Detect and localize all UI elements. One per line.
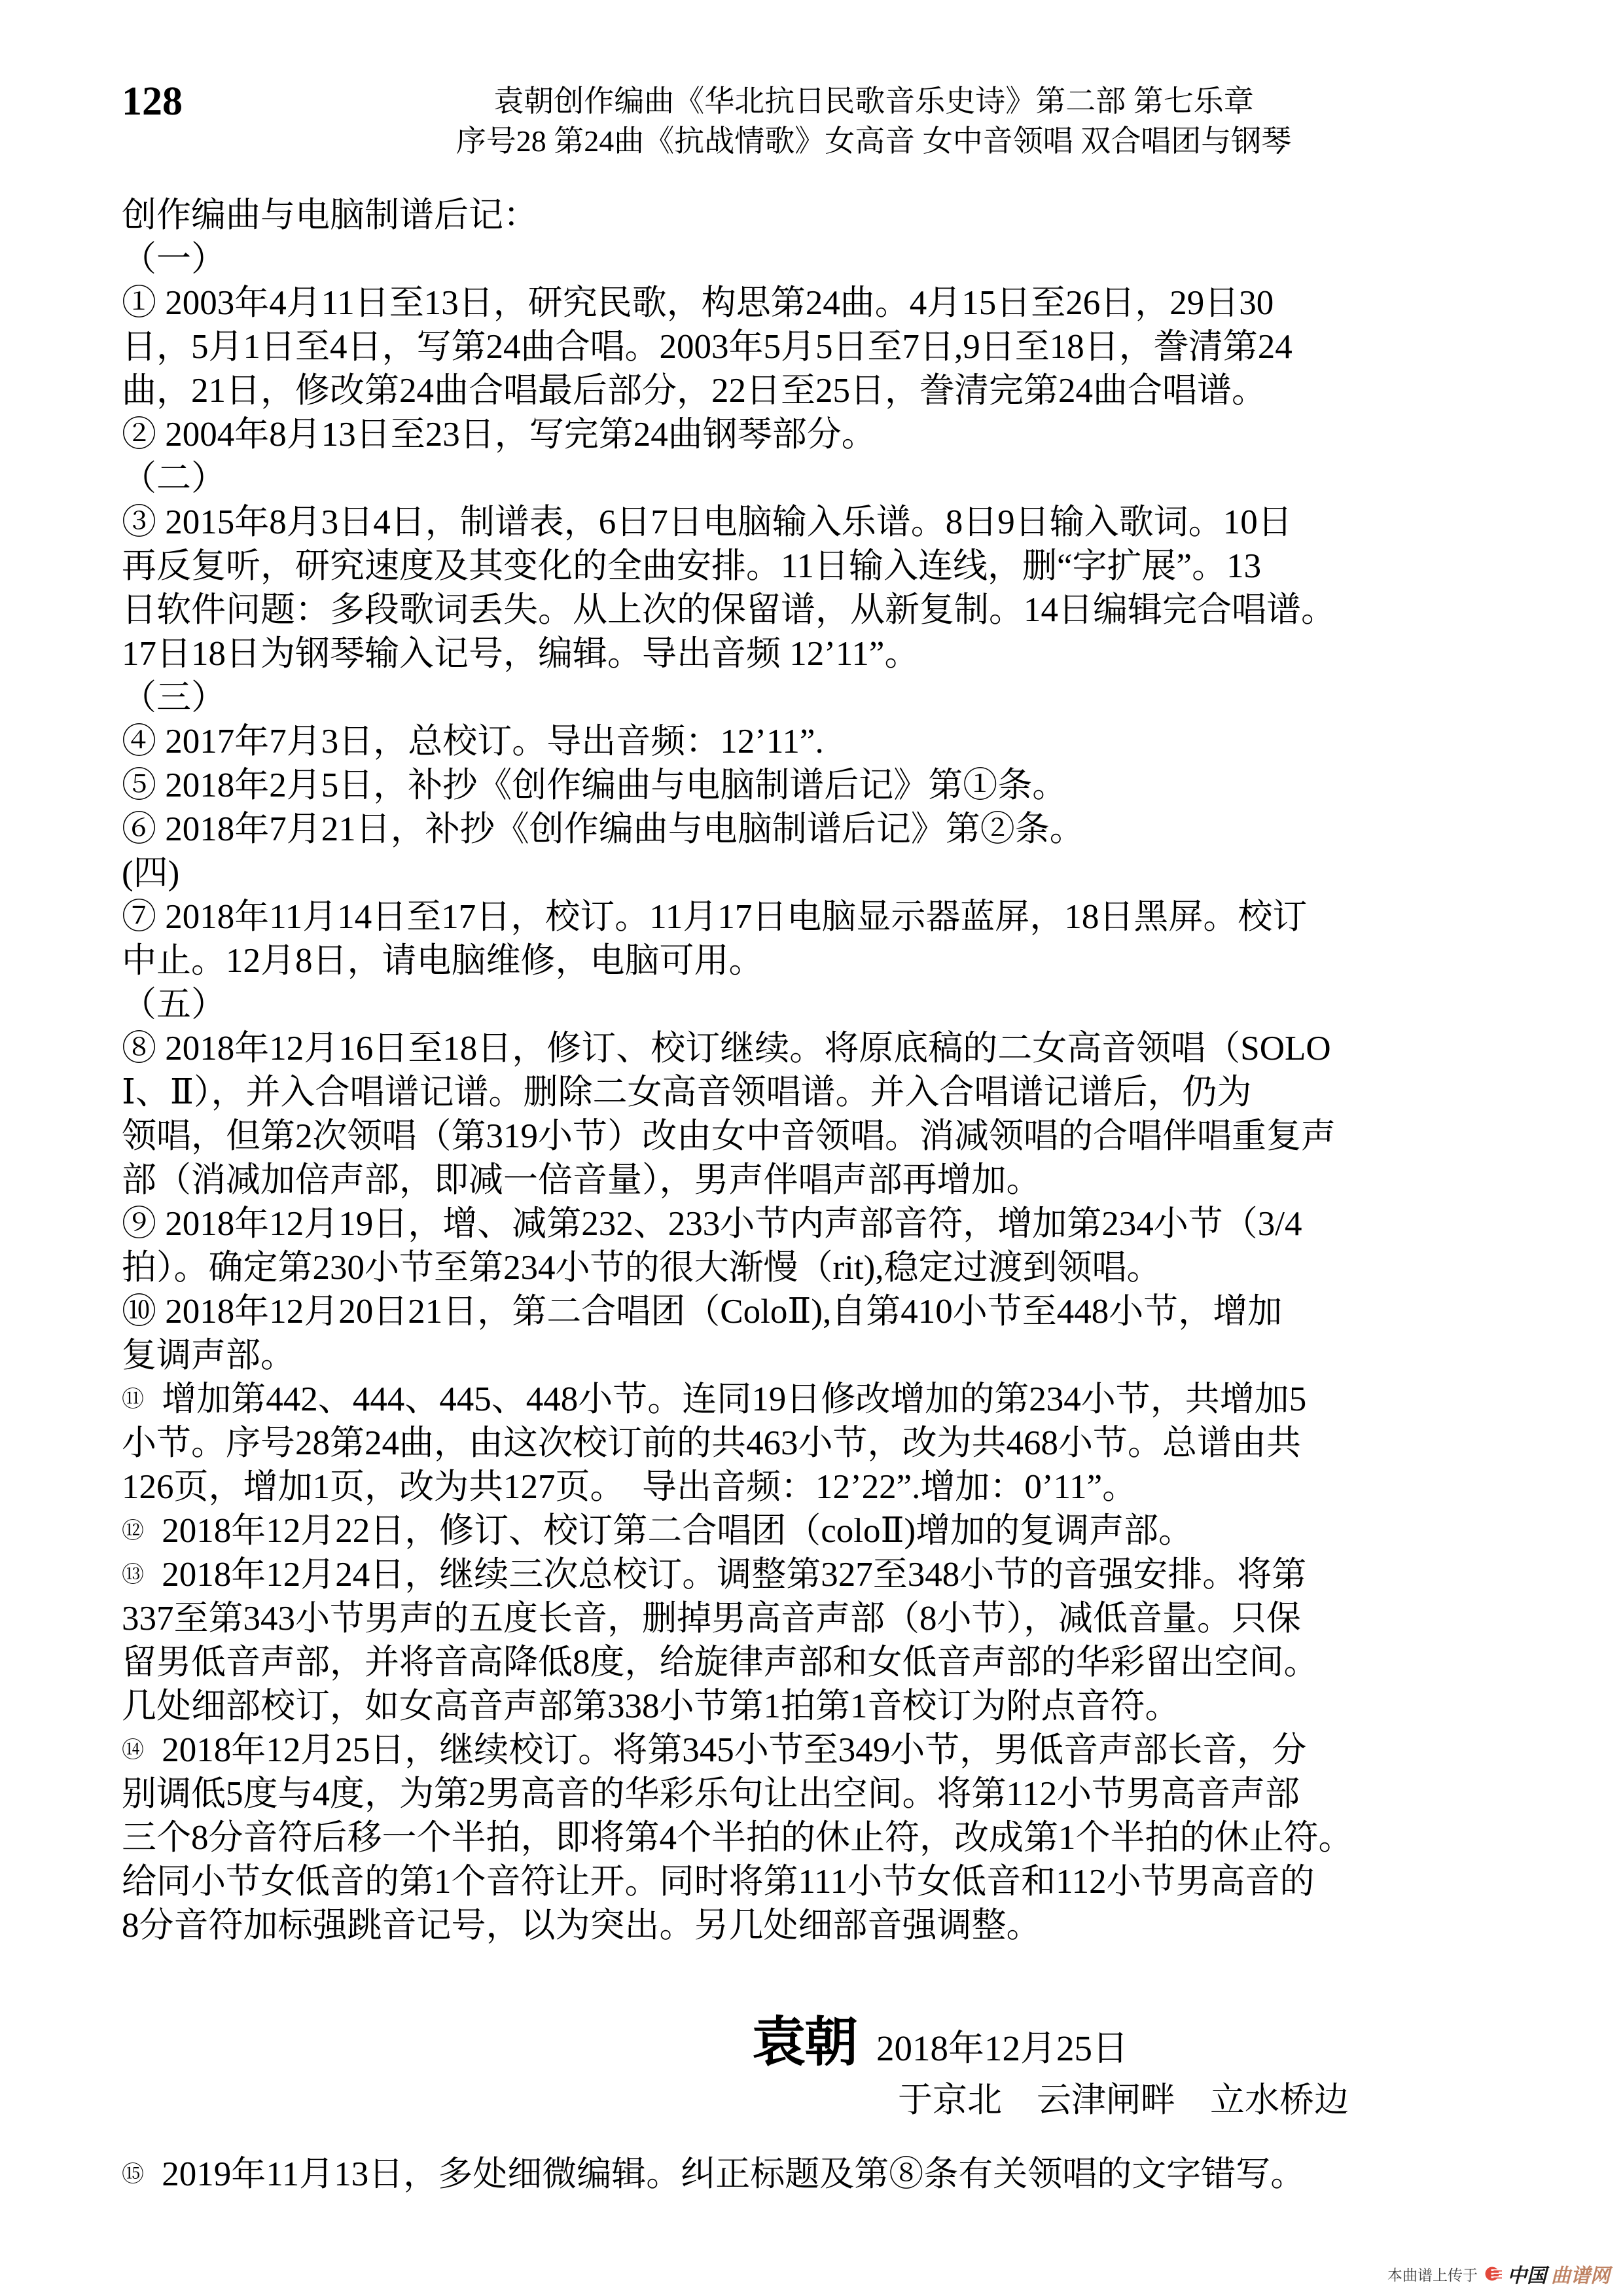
text-line: ⑬ 2018年12月24日，继续三次总校订。调整第327至348小节的音强安排。…: [122, 1553, 1522, 1597]
line-text: ⑧ 2018年12月16日至18日，修订、校订继续。将原底稿的二女高音领唱（SO…: [122, 1030, 1331, 1067]
text-line: 部（消减加倍声部，即减一倍音量），男声伴唱声部再增加。: [122, 1158, 1522, 1202]
qupu-site-logo-icon: [1484, 2264, 1504, 2284]
entry-marker: ⑮: [122, 2162, 144, 2187]
line-text: （二）: [122, 459, 226, 497]
text-line: 中止。12月8日，请电脑维修，电脑可用。: [122, 939, 1522, 983]
line-text: 日，5月1日至4日，写第24曲合唱。2003年5月5日至7日,9日至18日，誊清…: [122, 328, 1293, 366]
text-line: 领唱，但第2次领唱（第319小节）改由女中音领唱。消减领唱的合唱伴唱重复声: [122, 1115, 1522, 1158]
text-line: ① 2003年4月11日至13日，研究民歌，构思第24曲。4月15日至26日，2…: [122, 281, 1522, 325]
text-line: 留男低音声部，并将音高降低8度，给旋律声部和女低音声部的华彩留出空间。: [122, 1641, 1522, 1685]
text-line: ⑦ 2018年11月14日至17日，校订。11月17日电脑显示器蓝屏，18日黑屏…: [122, 895, 1522, 939]
line-text: 留男低音声部，并将音高降低8度，给旋律声部和女低音声部的华彩留出空间。: [122, 1643, 1319, 1681]
line-text: ⑦ 2018年11月14日至17日，校订。11月17日电脑显示器蓝屏，18日黑屏…: [122, 898, 1307, 936]
line-text: 126页，增加1页，改为共127页。 导出音频：12’22”.增加：0’11”。: [122, 1468, 1137, 1506]
entry-marker: ⑫: [122, 1519, 144, 1543]
text-line: 别调低5度与4度，为第2男高音的华彩乐句让出空间。将第112小节男高音声部: [122, 1772, 1522, 1816]
text-line: 17日18日为钢琴输入记号，编辑。导出音频 12’11”。: [122, 632, 1522, 676]
text-line: 337至第343小节男声的五度长音，删掉男高音声部（8小节），减低音量。只保: [122, 1597, 1522, 1641]
text-line: Ⅰ、Ⅱ），并入合唱谱记谱。删除二女高音领唱谱。并入合唱谱记谱后，仍为: [122, 1071, 1522, 1115]
line-text: 17日18日为钢琴输入记号，编辑。导出音频 12’11”。: [122, 635, 919, 673]
document-page: 128 袁朝创作编曲《华北抗日民歌音乐史诗》第二部 第七乐章 序号28 第24曲…: [0, 0, 1623, 2296]
text-line: ③ 2015年8月3日4日，制谱表，6日7日电脑输入乐谱。8日9日输入歌词。10…: [122, 501, 1522, 545]
line-text: （五）: [122, 986, 226, 1024]
line-text: 几处细部校订，如女高音声部第338小节第1拍第1音校订为附点音符。: [122, 1687, 1180, 1725]
line-text: ⑥ 2018年7月21日，补抄《创作编曲与电脑制谱后记》第②条。: [122, 810, 1084, 848]
text-line: 小节。序号28第24曲，由这次校订前的共463小节，改为共468小节。总谱由共: [122, 1422, 1522, 1465]
line-text: (四): [122, 854, 179, 892]
page-header: 袁朝创作编曲《华北抗日民歌音乐史诗》第二部 第七乐章 序号28 第24曲《抗战情…: [209, 81, 1538, 161]
header-line-1: 袁朝创作编曲《华北抗日民歌音乐史诗》第二部 第七乐章: [209, 81, 1538, 121]
text-line: ⑪ 增加第442、444、445、448小节。连同19日修改增加的第234小节，…: [122, 1378, 1522, 1422]
signature-place: 于京北 云津闸畔 立水桥边: [122, 2079, 1522, 2123]
line-text: 337至第343小节男声的五度长音，删掉男高音声部（8小节），减低音量。只保: [122, 1600, 1301, 1638]
line-text: 中止。12月8日，请电脑维修，电脑可用。: [122, 942, 764, 980]
text-line: ④ 2017年7月3日，总校订。导出音频：12’11”.: [122, 720, 1522, 764]
text-line: ⑥ 2018年7月21日，补抄《创作编曲与电脑制谱后记》第②条。: [122, 808, 1522, 852]
line-text: 拍）。确定第230小节至第234小节的很大渐慢（rit),稳定过渡到领唱。: [122, 1249, 1162, 1287]
line-text: 复调声部。: [122, 1336, 295, 1374]
text-line: 拍）。确定第230小节至第234小节的很大渐慢（rit),稳定过渡到领唱。: [122, 1246, 1522, 1290]
line-text: 别调低5度与4度，为第2男高音的华彩乐句让出空间。将第112小节男高音声部: [122, 1775, 1300, 1813]
line-text: ③ 2015年8月3日4日，制谱表，6日7日电脑输入乐谱。8日9日输入歌词。10…: [122, 503, 1293, 541]
line-text: 给同小节女低音的第1个音符让开。同时将第111小节女低音和112小节男高音的: [122, 1863, 1315, 1901]
text-line: 几处细部校订，如女高音声部第338小节第1拍第1音校订为附点音符。: [122, 1685, 1522, 1729]
entry-marker: ⑪: [122, 1388, 144, 1412]
line-text: 2018年12月22日，修订、校订第二合唱团（coloⅡ)增加的复调声部。: [153, 1512, 1193, 1550]
line-text: （三）: [122, 679, 226, 717]
line-text: ⑩ 2018年12月20日21日，第二合唱团（ColoⅡ),自第410小节至44…: [122, 1293, 1282, 1331]
text-line: 复调声部。: [122, 1334, 1522, 1378]
text-line: （一）: [122, 238, 1522, 281]
line-text: 8分音符加标强跳音记号，以为突出。另几处细部音强调整。: [122, 1907, 1041, 1945]
text-line: ⑩ 2018年12月20日21日，第二合唱团（ColoⅡ),自第410小节至44…: [122, 1290, 1522, 1334]
postscript-line: ⑮ 2019年11月13日，多处细微编辑。纠正标题及第⑧条有关领唱的文字错写。: [122, 2153, 1522, 2197]
site-name-qupu: 曲谱网: [1551, 2259, 1610, 2288]
text-line: 日，5月1日至4日，写第24曲合唱。2003年5月5日至7日,9日至18日，誊清…: [122, 325, 1522, 369]
signature-block: 袁朝2018年12月25日: [122, 2013, 1522, 2079]
text-line: 日软件问题：多段歌词丢失。从上次的保留谱，从新复制。14日编辑完合唱谱。: [122, 588, 1522, 632]
line-text: 三个8分音符后移一个半拍，即将第4个半拍的休止符，改成第1个半拍的休止符。: [122, 1819, 1353, 1857]
line-text: ⑤ 2018年2月5日，补抄《创作编曲与电脑制谱后记》第①条。: [122, 766, 1067, 804]
page-number: 128: [122, 81, 183, 122]
line-text: 2018年12月24日，继续三次总校订。调整第327至348小节的音强安排。将第: [153, 1556, 1306, 1594]
text-line: （五）: [122, 983, 1522, 1027]
text-line: 再反复听，研究速度及其变化的全曲安排。11日输入连线，删“字扩展”。13: [122, 545, 1522, 588]
text-line: （二）: [122, 457, 1522, 501]
text-line: ② 2004年8月13日至23日，写完第24曲钢琴部分。: [122, 413, 1522, 457]
line-text: 创作编曲与电脑制谱后记：: [122, 196, 538, 234]
line-text: ④ 2017年7月3日，总校订。导出音频：12’11”.: [122, 723, 824, 761]
text-line: ⑧ 2018年12月16日至18日，修订、校订继续。将原底稿的二女高音领唱（SO…: [122, 1027, 1522, 1071]
line-text: 部（消减加倍声部，即减一倍音量），男声伴唱声部再增加。: [122, 1161, 1041, 1199]
entry-marker: ⑭: [122, 1738, 144, 1763]
body-text: 创作编曲与电脑制谱后记： （一） ① 2003年4月11日至13日，研究民歌，构…: [122, 194, 1522, 2197]
text-line: ⑭ 2018年12月25日，继续校订。将第345小节至349小节，男低音声部长音…: [122, 1729, 1522, 1772]
uploader-note: 本曲谱上传于: [1387, 2263, 1478, 2285]
text-line: 创作编曲与电脑制谱后记：: [122, 194, 1522, 238]
text-line: 8分音符加标强跳音记号，以为突出。另几处细部音强调整。: [122, 1904, 1522, 1948]
text-line: ⑫ 2018年12月22日，修订、校订第二合唱团（coloⅡ)增加的复调声部。: [122, 1509, 1522, 1553]
text-line: 三个8分音符后移一个半拍，即将第4个半拍的休止符，改成第1个半拍的休止符。: [122, 1816, 1522, 1860]
line-text: ② 2004年8月13日至23日，写完第24曲钢琴部分。: [122, 416, 876, 454]
text-line: (四): [122, 852, 1522, 895]
line-text: ① 2003年4月11日至13日，研究民歌，构思第24曲。4月15日至26日，2…: [122, 284, 1274, 322]
line-text: Ⅰ、Ⅱ），并入合唱谱记谱。删除二女高音领唱谱。并入合唱谱记谱后，仍为: [122, 1073, 1251, 1111]
signature-date: 2018年12月25日: [876, 2028, 1128, 2068]
line-text: （一）: [122, 240, 226, 278]
text-line: ⑨ 2018年12月19日，增、减第232、233小节内声部音符，增加第234小…: [122, 1202, 1522, 1246]
line-text: 2018年12月25日，继续校订。将第345小节至349小节，男低音声部长音，分: [153, 1731, 1306, 1769]
line-text: 日软件问题：多段歌词丢失。从上次的保留谱，从新复制。14日编辑完合唱谱。: [122, 591, 1336, 629]
line-text: 曲，21日，修改第24曲合唱最后部分，22日至25日，誊清完第24曲合唱谱。: [122, 372, 1266, 410]
line-text: ⑨ 2018年12月19日，增、减第232、233小节内声部音符，增加第234小…: [122, 1205, 1302, 1243]
line-text: 再反复听，研究速度及其变化的全曲安排。11日输入连线，删“字扩展”。13: [122, 547, 1261, 585]
line-text: 2019年11月13日，多处细微编辑。纠正标题及第⑧条有关领唱的文字错写。: [153, 2155, 1305, 2193]
line-text: 增加第442、444、445、448小节。连同19日修改增加的第234小节，共增…: [153, 1380, 1306, 1418]
watermark-footer: 本曲谱上传于 中国 曲谱网: [1387, 2259, 1610, 2288]
signature-name: 袁朝: [752, 2013, 857, 2072]
text-line: 曲，21日，修改第24曲合唱最后部分，22日至25日，誊清完第24曲合唱谱。: [122, 369, 1522, 413]
text-line: 给同小节女低音的第1个音符让开。同时将第111小节女低音和112小节男高音的: [122, 1860, 1522, 1904]
text-line: ⑤ 2018年2月5日，补抄《创作编曲与电脑制谱后记》第①条。: [122, 764, 1522, 808]
line-text: 小节。序号28第24曲，由这次校订前的共463小节，改为共468小节。总谱由共: [122, 1424, 1301, 1462]
text-line: （三）: [122, 676, 1522, 720]
entry-marker: ⑬: [122, 1563, 144, 1587]
site-name-cn: 中国: [1507, 2259, 1546, 2288]
line-text: 领唱，但第2次领唱（第319小节）改由女中音领唱。消减领唱的合唱伴唱重复声: [122, 1117, 1336, 1155]
header-line-2: 序号28 第24曲《抗战情歌》女高音 女中音领唱 双合唱团与钢琴: [209, 121, 1538, 161]
text-line: 126页，增加1页，改为共127页。 导出音频：12’22”.增加：0’11”。: [122, 1465, 1522, 1509]
